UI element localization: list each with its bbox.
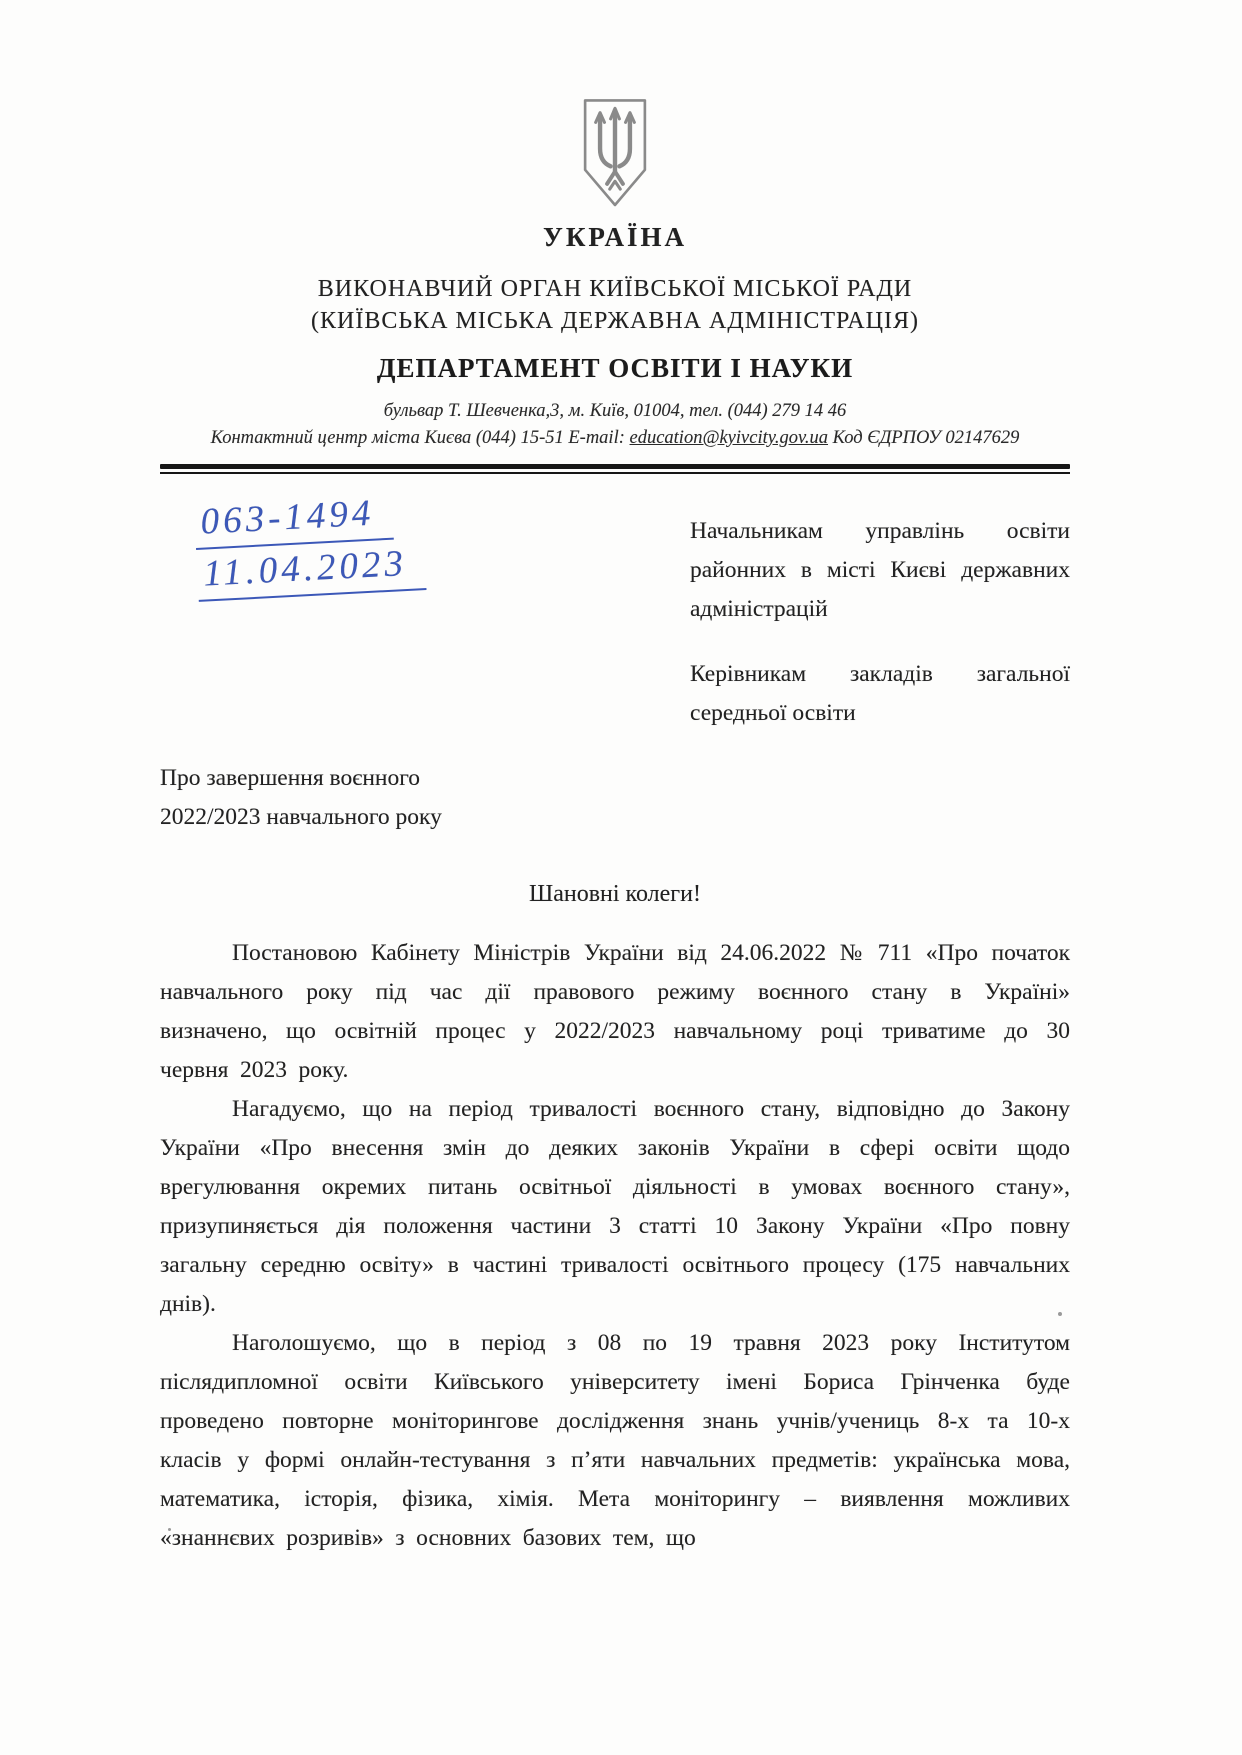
handwritten-registration: 063-1494 11.04.2023 — [193, 488, 426, 602]
scan-speck — [168, 1528, 171, 1531]
letterhead-address: бульвар Т. Шевченка,3, м. Київ, 01004, т… — [160, 398, 1070, 452]
contact-prefix: Контактний центр міста Києва (044) 15-51… — [211, 428, 630, 448]
recipient-2: Керівникам закладів загальної середньої … — [690, 655, 1070, 733]
registration-date: 11.04.2023 — [196, 540, 426, 602]
letterhead: УКРАЇНА ВИКОНАВЧИЙ ОРГАН КИЇВСЬКОЇ МІСЬК… — [160, 96, 1070, 452]
divider-thin-line — [160, 472, 1070, 474]
body-paragraph-3: Наголошуємо, що в період з 08 по 19 трав… — [160, 1324, 1070, 1558]
divider-thick-line — [160, 464, 1070, 469]
scan-speck — [1058, 1312, 1062, 1316]
email-address: education@kyivcity.gov.ua — [630, 428, 829, 448]
emblem-wrap — [160, 96, 1070, 212]
scanned-letter-page: УКРАЇНА ВИКОНАВЧИЙ ОРГАН КИЇВСЬКОЇ МІСЬК… — [0, 0, 1242, 1755]
body-paragraph-2: Нагадуємо, що на період тривалості воєнн… — [160, 1090, 1070, 1324]
organization-name: ВИКОНАВЧИЙ ОРГАН КИЇВСЬКОЇ МІСЬКОЇ РАДИ … — [160, 273, 1070, 337]
address-line: бульвар Т. Шевченка,3, м. Київ, 01004, т… — [160, 398, 1070, 425]
department-name: ДЕПАРТАМЕНТ ОСВІТИ І НАУКИ — [160, 353, 1070, 384]
subject-line-2: 2022/2023 навчального року — [160, 798, 1070, 837]
country-title: УКРАЇНА — [160, 222, 1070, 253]
organization-line-1: ВИКОНАВЧИЙ ОРГАН КИЇВСЬКОЇ МІСЬКОЇ РАДИ — [160, 273, 1070, 305]
recipient-1: Начальникам управлінь освіти районних в … — [690, 512, 1070, 629]
reference-row: 063-1494 11.04.2023 Начальникам управлін… — [160, 488, 1070, 733]
letter-body: Постановою Кабінету Міністрів України ві… — [160, 934, 1070, 1558]
contact-line: Контактний центр міста Києва (044) 15-51… — [160, 425, 1070, 452]
organization-line-2: (КИЇВСЬКА МІСЬКА ДЕРЖАВНА АДМІНІСТРАЦІЯ) — [160, 305, 1070, 337]
salutation: Шановні колеги! — [160, 881, 1070, 908]
trident-coat-of-arms-icon — [571, 96, 659, 212]
letterhead-divider — [160, 464, 1070, 474]
registration-number: 063-1494 — [193, 490, 393, 550]
subject-line-1: Про завершення воєнного — [160, 759, 1070, 798]
body-paragraph-1: Постановою Кабінету Міністрів України ві… — [160, 934, 1070, 1090]
subject-block: Про завершення воєнного 2022/2023 навчал… — [160, 759, 1070, 837]
contact-suffix: Код ЄДРПОУ 02147629 — [828, 428, 1019, 448]
recipients-block: Начальникам управлінь освіти районних в … — [690, 512, 1070, 733]
